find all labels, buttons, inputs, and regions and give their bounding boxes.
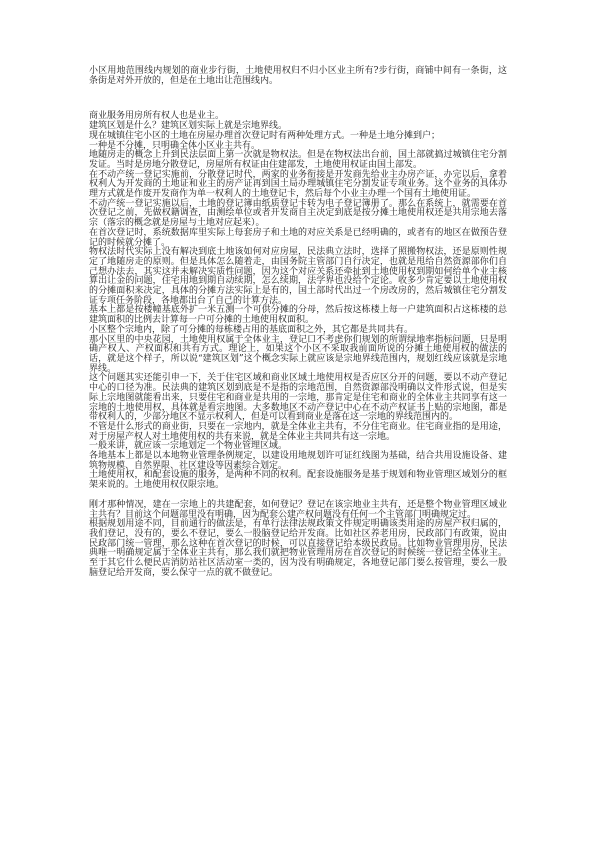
document-page: 小区用地范围线内规划的商业步行街，土地使用权归不归小区业主所有?步行街，商铺中间… xyxy=(89,67,507,578)
intro-paragraph: 小区用地范围线内规划的商业步行街，土地使用权归不归小区业主所有?步行街，商铺中间… xyxy=(89,67,507,86)
section-land-rights: 商业服务用房所有权人也是业主。 建筑区划是什么？建筑区划实际上就是宗地界线。 现… xyxy=(89,112,507,490)
paragraph: 不管是什么形式的商业街，只要在一宗地内，就是全体业主共有，不分住宅商业。住宅商业… xyxy=(89,423,507,442)
paragraph: 地随房走的概念上升到民法层面上第一次就是物权法。但是在物权法出台前，国土部就搞过… xyxy=(89,151,507,170)
paragraph: 刚才那种情况，建在一宗地上的共建配套，如何登记？登记在该宗地业主共有，还是整个物… xyxy=(89,501,507,520)
paragraph: 在首次登记时，系统数据库里实际上每套房子和土地的对应关系是已经明确的，或者有的地… xyxy=(89,229,507,248)
paragraph: 基本上都是按楼幢基底外扩一米五测一个可供分摊的分母，然后按这栋楼上每一户建筑面积… xyxy=(89,306,507,325)
paragraph: 这个问题其实还能引申一下，关于住宅区域和商业区域土地使用权是否应区分开的问题，要… xyxy=(89,374,507,423)
paragraph: 物权法时代实际上没有解决到底土地该如何对应房屋，民法典立法时，选择了照搬物权法，… xyxy=(89,248,507,306)
paragraph: 不动产统一登记实施以后，土地的登记簿由纸质登记卡转为电子登记簿册了。那么在系统上… xyxy=(89,200,507,229)
paragraph: 土地使用权，和配套设施的服务，是两种不同的权利。配套设施服务是基于规划和物业管理… xyxy=(89,471,507,490)
paragraph: 在不动产统一登记实施前，分散登记时代，两家的业务衔接是开发商先给业主办房产证，办… xyxy=(89,171,507,200)
paragraph-spacer xyxy=(89,86,507,112)
paragraph: 各地基本上都是以本地物业管理条例规定，以建设用地规划许可证红线图为基础，结合共用… xyxy=(89,452,507,471)
section-shared-facilities: 刚才那种情况，建在一宗地上的共建配套，如何登记？登记在该宗地业主共有，还是整个物… xyxy=(89,501,507,579)
paragraph: 根据规划用途不同，目前通行的做法是，有单行法律法规政策文件规定明确该类用途的房屋… xyxy=(89,520,507,578)
paragraph: 那小区里的中央花园，土地使用权属于全体业主，登记口不考虑你们规划的所谓绿地率指标… xyxy=(89,336,507,375)
